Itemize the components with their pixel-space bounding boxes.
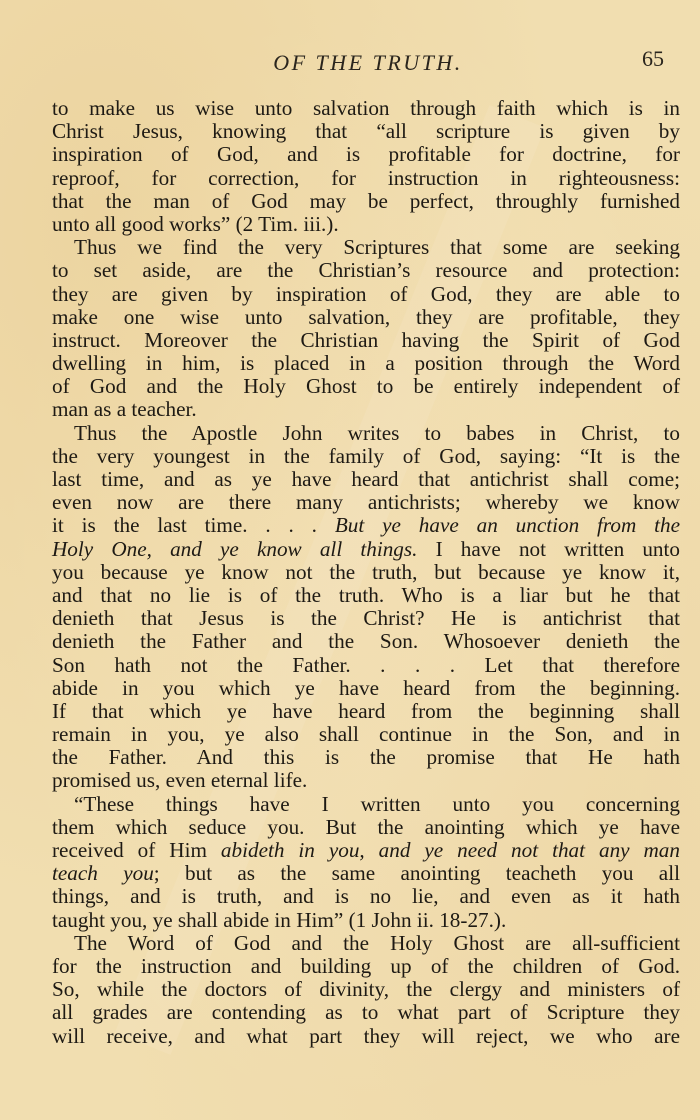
text-line: instruct. Moreover the Christian having … [52,329,680,352]
text-line: it is the last time. . . . But ye have a… [52,514,680,537]
page-number: 65 [642,46,664,72]
text-line: things, and is truth, and is no lie, and… [52,885,680,908]
text-line: received of Him abideth in you, and ye n… [52,839,680,862]
text-line: you because ye know not the truth, but b… [52,561,680,584]
text-line: Son hath not the Father. . . . Let that … [52,654,680,677]
italic-quote: Holy One, and ye know all things. [52,537,417,561]
running-head: OF THE TRUTH. 65 [52,44,684,84]
text-line: to make us wise unto salvation through f… [52,97,680,120]
text-line: If that which ye have heard from the beg… [52,700,680,723]
text-line: promised us, even eternal life. [52,769,680,792]
text-line: inspiration of God, and is profitable fo… [52,143,680,166]
text-line: make one wise unto salvation, they are p… [52,306,680,329]
running-title: OF THE TRUTH. [52,50,684,76]
text-line: for the instruction and building up of t… [52,955,680,978]
text-line: even now are there many antichrists; whe… [52,491,680,514]
text-line: will receive, and what part they will re… [52,1025,680,1048]
text-line: the very youngest in the family of God, … [52,445,680,468]
text-line: abide in you which ye have heard from th… [52,677,680,700]
italic-quote: But ye have an unction from the [335,513,680,537]
text-line: taught you, ye shall abide in Him” (1 Jo… [52,909,680,932]
text-line: unto all good works” (2 Tim. iii.). [52,213,680,236]
text-line: last time, and as ye have heard that ant… [52,468,680,491]
book-page: OF THE TRUTH. 65 to make us wise unto sa… [0,0,700,1120]
text-line: denieth the Father and the Son. Whosoeve… [52,630,680,653]
text-line: denieth that Jesus is the Christ? He is … [52,607,680,630]
italic-quote: abideth in you, and ye need not that any… [221,838,680,862]
text-line: remain in you, ye also shall continue in… [52,723,680,746]
text-line: “These things have I written unto you co… [52,793,680,816]
text-line: The Word of God and the Holy Ghost are a… [52,932,680,955]
text-line: and that no lie is of the truth. Who is … [52,584,680,607]
text-line: Christ Jesus, knowing that “all scriptur… [52,120,680,143]
text-line: man as a teacher. [52,398,680,421]
text-line: So, while the doctors of divinity, the c… [52,978,680,1001]
italic-quote: teach you [52,861,154,885]
text-line: them which seduce you. But the anointing… [52,816,680,839]
text-line: Thus we find the very Scriptures that so… [52,236,680,259]
text-line: teach you; but as the same anointing tea… [52,862,680,885]
text-line: of God and the Holy Ghost to be entirely… [52,375,680,398]
text-line: reproof, for correction, for instruction… [52,167,680,190]
text-line: the Father. And this is the promise that… [52,746,680,769]
text-line: all grades are contending as to what par… [52,1001,680,1024]
body-text: to make us wise unto salvation through f… [52,97,680,1048]
text-line: Thus the Apostle John writes to babes in… [52,422,680,445]
text-line: to set aside, are the Christian’s resour… [52,259,680,282]
text-line: Holy One, and ye know all things. I have… [52,538,680,561]
text-line: they are given by inspiration of God, th… [52,283,680,306]
text-line: that the man of God may be perfect, thro… [52,190,680,213]
text-line: dwelling in him, is placed in a position… [52,352,680,375]
